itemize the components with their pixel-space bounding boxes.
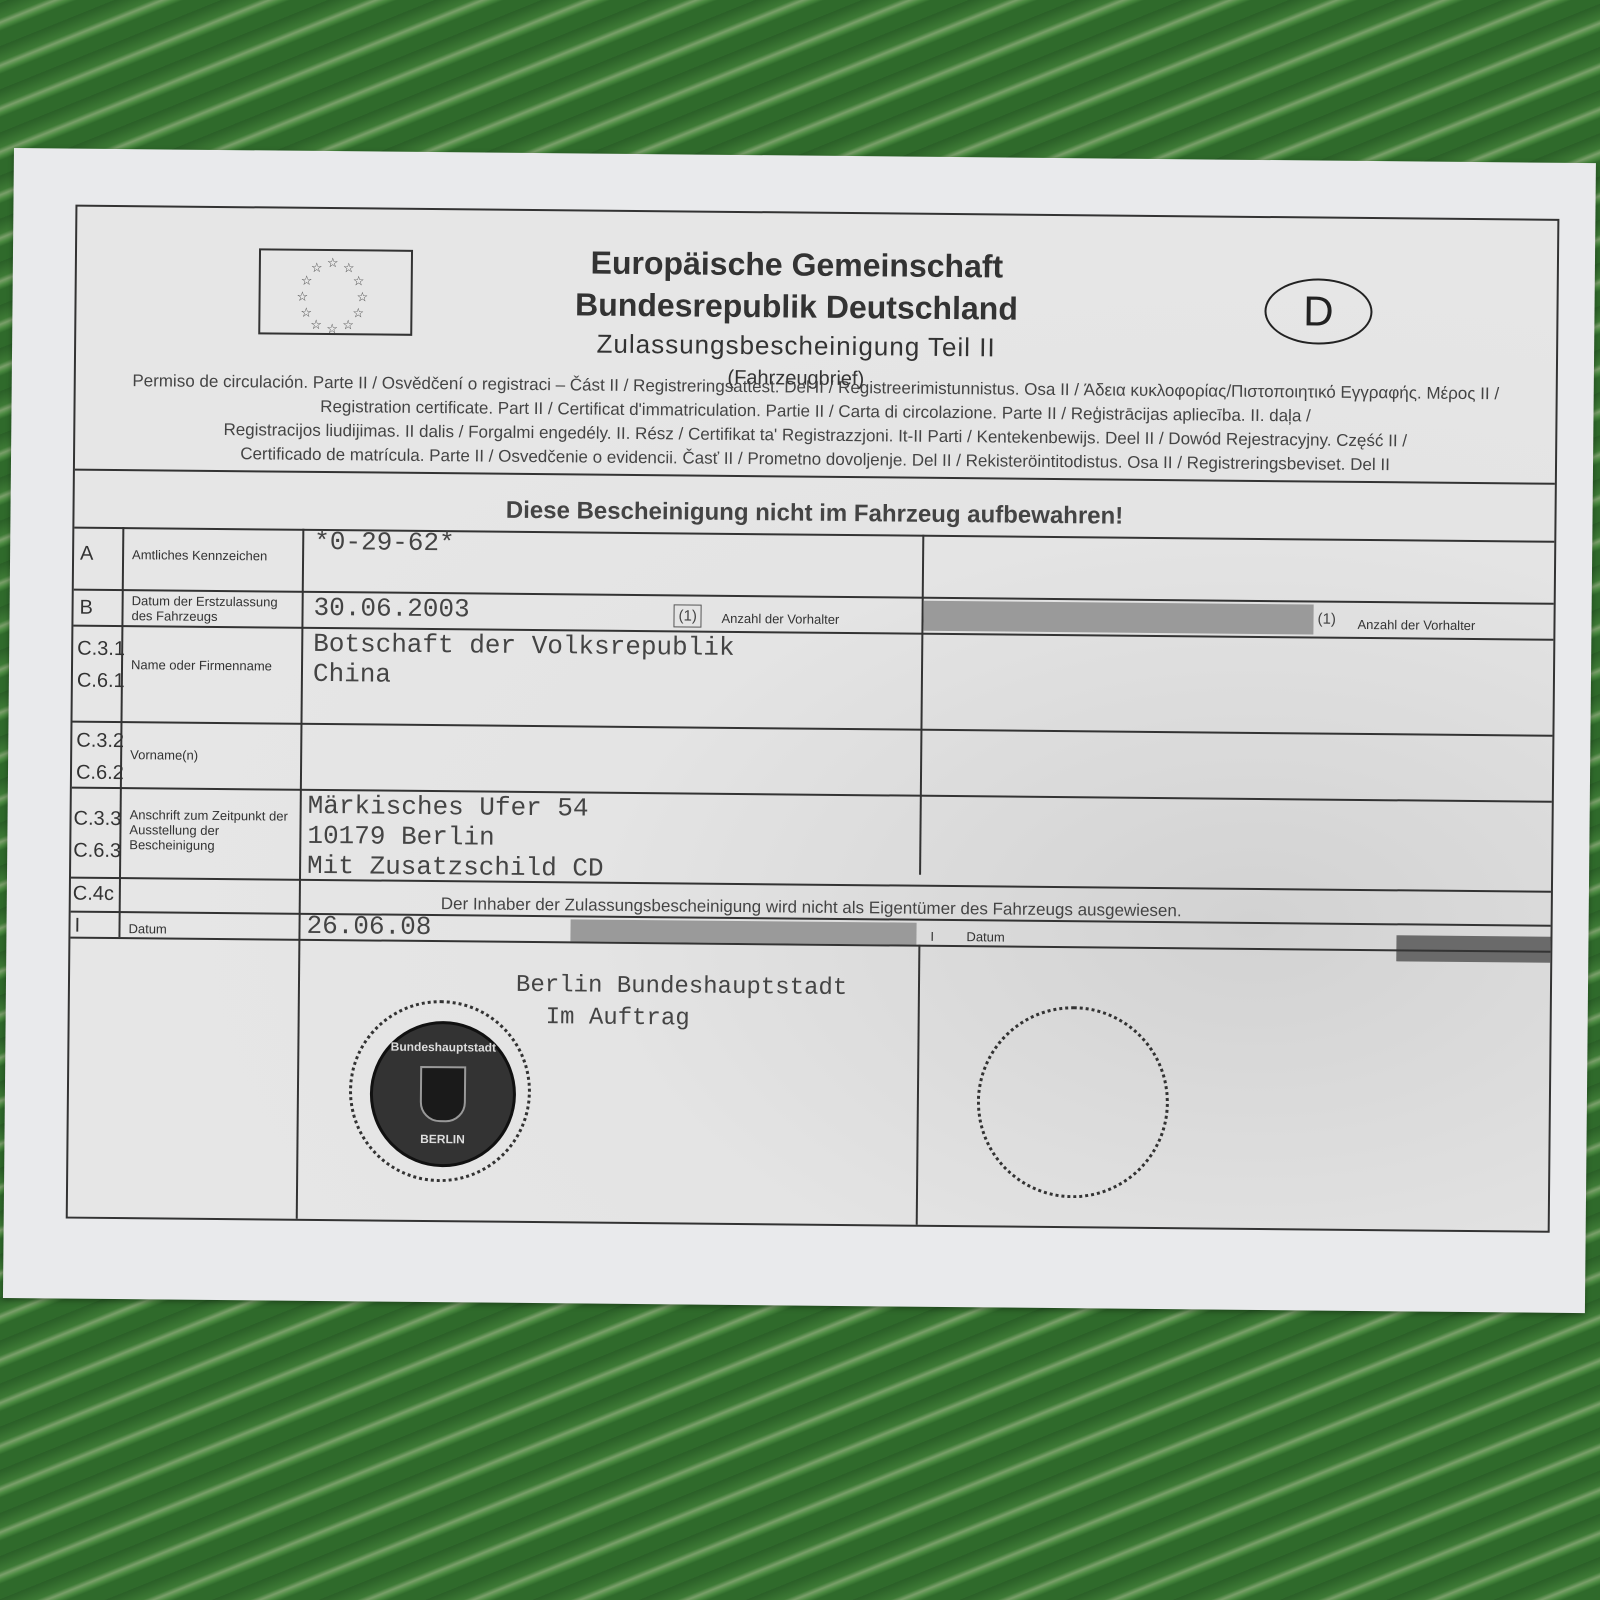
field-code-c31: C.3.1 C.6.1	[77, 633, 125, 697]
code: C.6.2	[76, 757, 124, 789]
holder-name-line2: China	[313, 659, 391, 690]
field-label-firstname: Vorname(n)	[130, 747, 198, 763]
divider	[72, 721, 1552, 737]
code: C.6.1	[77, 665, 125, 697]
code: C.3.1	[77, 633, 125, 665]
empty-seal-area	[976, 1005, 1170, 1199]
berlin-coat-of-arms-icon: Bundeshauptstadt BERLIN	[369, 1020, 516, 1167]
code: C.3.2	[76, 725, 124, 757]
issuer-line1: Berlin Bundeshauptstadt	[516, 971, 848, 1004]
title-eu: Europäische Gemeinschaft	[437, 240, 1157, 289]
issue-date-value: 26.06.08	[306, 911, 431, 942]
divider	[296, 529, 305, 1219]
field-code-c4c: C.4c	[73, 883, 114, 906]
registration-certificate-paper: ☆☆ ☆☆ ☆☆ ☆☆ ☆☆ ☆☆ Europäische Gemeinscha…	[3, 148, 1596, 1313]
holders-count: (1)	[673, 604, 702, 627]
country-code-oval: D	[1264, 278, 1373, 345]
field-label-date-right: Datum	[966, 929, 1004, 944]
field-code-c32: C.3.2 C.6.2	[76, 725, 124, 789]
official-seal: Bundeshauptstadt BERLIN	[348, 999, 532, 1183]
license-plate-value: *0-29-62*	[314, 527, 455, 558]
field-label-address: Anschrift zum Zeitpunkt der Ausstellung …	[129, 807, 294, 854]
field-label-date: Datum	[128, 921, 166, 936]
holders-label-right: Anzahl der Vorhalter	[1357, 617, 1475, 633]
eu-flag: ☆☆ ☆☆ ☆☆ ☆☆ ☆☆ ☆☆	[258, 248, 413, 335]
issuer-line2: Im Auftrag	[546, 1003, 690, 1034]
field-label-a: Amtliches Kennzeichen	[132, 547, 267, 563]
divider	[72, 787, 1552, 803]
field-label-name: Name oder Firmenname	[131, 657, 272, 673]
holders-count-right: (1)	[1317, 611, 1336, 628]
address-line1: Märkisches Ufer 54	[308, 791, 589, 824]
eu-stars-icon: ☆☆ ☆☆ ☆☆ ☆☆ ☆☆ ☆☆	[296, 257, 367, 328]
field-code-b: B	[79, 597, 93, 620]
divider	[916, 945, 921, 1225]
redacted-block	[923, 601, 1313, 635]
field-code-c33: C.3.3 C.6.3	[73, 803, 121, 867]
address-line2: 10179 Berlin	[307, 821, 495, 853]
code: C.3.3	[73, 803, 121, 835]
divider	[71, 877, 1551, 893]
translations-block: Permiso de circulación. Parte II / Osvěd…	[75, 369, 1556, 479]
code: C.6.3	[73, 835, 121, 867]
first-registration-value: 30.06.2003	[313, 593, 469, 624]
holders-label: Anzahl der Vorhalter	[721, 611, 839, 627]
field-code-i-right: I	[930, 929, 934, 944]
seal-bottom-text: BERLIN	[372, 1131, 512, 1146]
divider	[919, 535, 924, 875]
field-code-a: A	[80, 543, 94, 566]
holder-name-line1: Botschaft der Volksrepublik	[313, 629, 735, 663]
registration-form: ☆☆ ☆☆ ☆☆ ☆☆ ☆☆ ☆☆ Europäische Gemeinscha…	[66, 205, 1560, 1233]
field-label-b: Datum der Erstzulassung des Fahrzeugs	[131, 593, 296, 625]
seal-top-text: Bundeshauptstadt	[373, 1039, 513, 1054]
field-code-i: I	[74, 915, 80, 938]
shield-icon	[420, 1066, 467, 1122]
title-country: Bundesrepublik Deutschland	[436, 282, 1156, 331]
